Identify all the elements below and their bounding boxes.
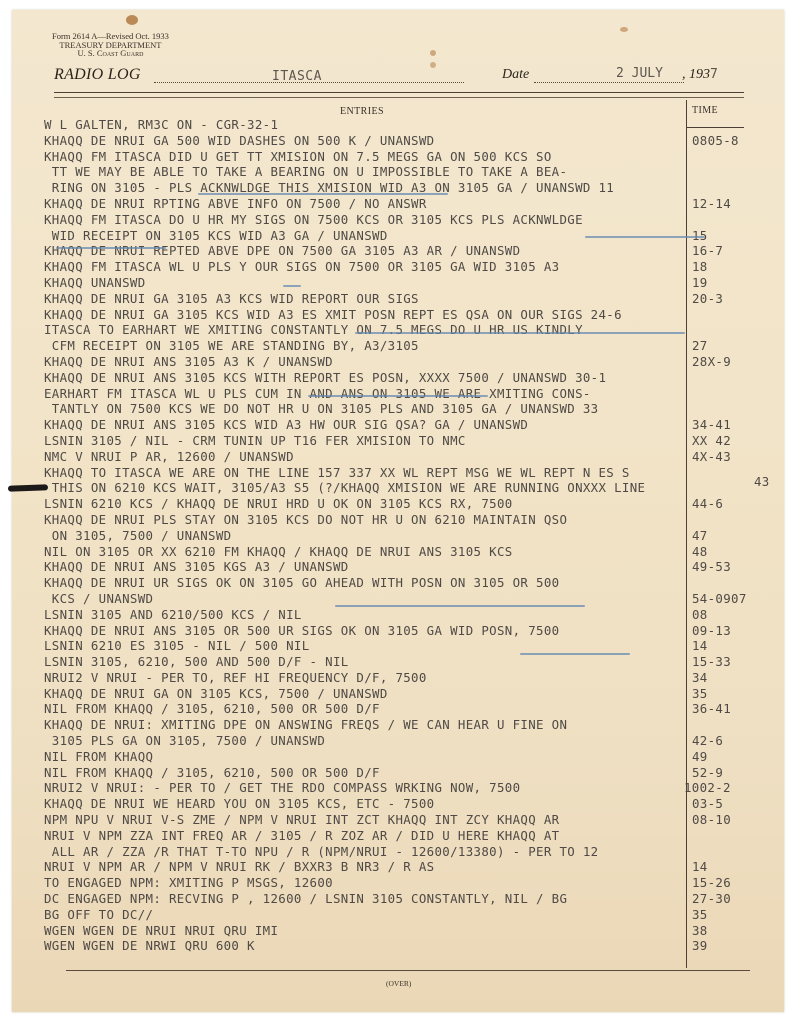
log-entry: LSNIN 3105 / NIL - CRM TUNIN UP T16 FER … xyxy=(44,433,784,449)
log-entry: BG OFF TO DC//35 xyxy=(44,907,784,923)
log-entry: NIL ON 3105 OR XX 6210 FM KHAQQ / KHAQQ … xyxy=(44,544,784,560)
entry-time: 15-26 xyxy=(692,875,731,890)
pencil-underline xyxy=(308,395,488,397)
entry-text: NRUI2 V NRUI - PER TO, REF HI FREQUENCY … xyxy=(44,670,427,685)
pencil-underline xyxy=(335,605,585,607)
entry-text: KHAQQ TO ITASCA WE ARE ON THE LINE 157 3… xyxy=(44,465,630,480)
log-entry: KHAQQ FM ITASCA DO U HR MY SIGS ON 7500 … xyxy=(44,212,784,228)
entry-time: 34 xyxy=(692,670,708,685)
entry-text: LSNIN 3105 AND 6210/500 KCS / NIL xyxy=(44,607,302,622)
entry-time: 35 xyxy=(692,686,708,701)
entry-text: NIL FROM KHAQQ xyxy=(44,749,153,764)
log-entry: KHAQQ DE NRUI GA 500 WID DASHES ON 500 K… xyxy=(44,133,784,149)
log-entry: KHAQQ DE NRUI REPTED ABVE DPE ON 7500 GA… xyxy=(44,243,784,259)
entry-text: KHAQQ UNANSWD xyxy=(44,275,146,290)
year-label: , 1937 xyxy=(682,67,718,83)
entry-text: KHAQQ FM ITASCA DID U GET TT XMISION ON … xyxy=(44,149,552,164)
log-entry: KHAQQ DE NRUI GA 3105 A3 KCS WID REPORT … xyxy=(44,291,784,307)
entry-text: KCS / UNANSWD xyxy=(44,591,153,606)
log-entry: NRUI2 V NRUI - PER TO, REF HI FREQUENCY … xyxy=(44,670,784,686)
entry-time: 12-14 xyxy=(692,196,731,211)
entry-text: KHAQQ DE NRUI UR SIGS OK ON 3105 GO AHEA… xyxy=(44,575,559,590)
log-entry: KHAQQ DE NRUI ANS 3105 A3 K / UNANSWD28X… xyxy=(44,354,784,370)
pencil-underline xyxy=(355,332,685,334)
entry-time: 49 xyxy=(692,749,708,764)
log-entry: CFM RECEIPT ON 3105 WE ARE STANDING BY, … xyxy=(44,338,784,354)
entry-time: 34-41 xyxy=(692,417,731,432)
entry-text: EARHART FM ITASCA WL U PLS CUM IN AND AN… xyxy=(44,386,591,401)
entry-text: KHAQQ FM ITASCA DO U HR MY SIGS ON 7500 … xyxy=(44,212,583,227)
entry-time: 49-53 xyxy=(692,559,731,574)
log-entry: KHAQQ TO ITASCA WE ARE ON THE LINE 157 3… xyxy=(44,465,784,481)
entry-text: ALL AR / ZZA /R THAT T-TO NPU / R (NPM/N… xyxy=(44,844,599,859)
entry-time: 35 xyxy=(692,907,708,922)
entry-text: NIL FROM KHAQQ / 3105, 6210, 500 OR 500 … xyxy=(44,765,380,780)
log-entry: LSNIN 3105 AND 6210/500 KCS / NIL08 xyxy=(44,607,784,623)
rust-stain xyxy=(126,15,138,25)
entry-time: 03-5 xyxy=(692,796,723,811)
log-entry: W L GALTEN, RM3C ON - CGR-32-1 xyxy=(44,117,784,133)
log-entry: KHAQQ DE NRUI ANS 3105 OR 500 UR SIGS OK… xyxy=(44,623,784,639)
entry-time: 08 xyxy=(692,607,708,622)
log-entry: WGEN WGEN DE NRUI NRUI QRU IMI38 xyxy=(44,923,784,939)
entry-time: 44-6 xyxy=(692,496,723,511)
entry-text: KHAQQ DE NRUI WE HEARD YOU ON 3105 KCS, … xyxy=(44,796,435,811)
log-entry: KHAQQ DE NRUI WE HEARD YOU ON 3105 KCS, … xyxy=(44,796,784,812)
entry-time: 4X-43 xyxy=(692,449,731,464)
entry-text: 3105 PLS GA ON 3105, 7500 / UNANSWD xyxy=(44,733,325,748)
log-entry: NRUI2 V NRUI: - PER TO / GET THE RDO COM… xyxy=(44,780,784,796)
log-entry: NIL FROM KHAQQ / 3105, 6210, 500 OR 500 … xyxy=(44,765,784,781)
entry-text: LSNIN 3105 / NIL - CRM TUNIN UP T16 FER … xyxy=(44,433,466,448)
log-entry: LSNIN 6210 ES 3105 - NIL / 500 NIL14 xyxy=(44,638,784,654)
log-entry: DC ENGAGED NPM: RECVING P , 12600 / LSNI… xyxy=(44,891,784,907)
log-entry: ON 3105, 7500 / UNANSWD47 xyxy=(44,528,784,544)
entry-time: 27-30 xyxy=(692,891,731,906)
entry-text: NRUI V NPM ZZA INT FREQ AR / 3105 / R ZO… xyxy=(44,828,559,843)
entry-text: LSNIN 6210 KCS / KHAQQ DE NRUI HRD U OK … xyxy=(44,496,513,511)
log-entry: KHAQQ DE NRUI PLS STAY ON 3105 KCS DO NO… xyxy=(44,512,784,528)
bottom-rule xyxy=(66,970,750,971)
entry-time: 15-33 xyxy=(692,654,731,669)
entry-text: NPM NPU V NRUI V-S ZME / NPM V NRUI INT … xyxy=(44,812,559,827)
log-entry: ALL AR / ZZA /R THAT T-TO NPU / R (NPM/N… xyxy=(44,844,784,860)
entry-text: KHAQQ DE NRUI GA 500 WID DASHES ON 500 K… xyxy=(44,133,435,148)
entry-text: WGEN WGEN DE NRUI NRUI QRU IMI xyxy=(44,923,278,938)
log-entry: KHAQQ DE NRUI ANS 3105 KCS WID A3 HW OUR… xyxy=(44,417,784,433)
radio-log-label: RADIO LOG xyxy=(54,66,141,84)
log-entry: TANTLY ON 7500 KCS WE DO NOT HR U ON 310… xyxy=(44,401,784,417)
entry-text: NIL ON 3105 OR XX 6210 FM KHAQQ / KHAQQ … xyxy=(44,544,513,559)
log-entry: KHAQQ DE NRUI UR SIGS OK ON 3105 GO AHEA… xyxy=(44,575,784,591)
entry-time: 54-0907 xyxy=(692,591,747,606)
over-note: (OVER) xyxy=(386,979,411,988)
year-digit: 7 xyxy=(710,67,718,82)
year-prefix: , 193 xyxy=(682,67,710,82)
entry-text: LSNIN 6210 ES 3105 - NIL / 500 NIL xyxy=(44,638,310,653)
entry-time: 1002-2 xyxy=(684,780,731,795)
log-entry: KHAQQ DE NRUI ANS 3105 KGS A3 / UNANSWD4… xyxy=(44,559,784,575)
log-entry: 3105 PLS GA ON 3105, 7500 / UNANSWD42-6 xyxy=(44,733,784,749)
entry-time: 39 xyxy=(692,938,708,953)
log-entry: NMC V NRUI P AR, 12600 / UNANSWD4X-43 xyxy=(44,449,784,465)
title-row: RADIO LOG ITASCA Date 2 JULY , 1937 xyxy=(54,66,744,88)
agency: U. S. Coast Guard xyxy=(52,49,169,58)
log-entry: NIL FROM KHAQQ49 xyxy=(44,749,784,765)
entry-text: CFM RECEIPT ON 3105 WE ARE STANDING BY, … xyxy=(44,338,419,353)
log-entries: W L GALTEN, RM3C ON - CGR-32-1 KHAQQ DE … xyxy=(44,117,784,954)
entry-text: BG OFF TO DC// xyxy=(44,907,153,922)
log-entry: KHAQQ FM ITASCA WL U PLS Y OUR SIGS ON 7… xyxy=(44,259,784,275)
entry-text: WGEN WGEN DE NRWI QRU 600 K xyxy=(44,938,255,953)
log-entry: LSNIN 3105, 6210, 500 AND 500 D/F - NIL1… xyxy=(44,654,784,670)
pencil-underline xyxy=(520,653,630,655)
entry-text: NRUI2 V NRUI: - PER TO / GET THE RDO COM… xyxy=(44,780,520,795)
entry-text: ON 3105, 7500 / UNANSWD xyxy=(44,528,231,543)
log-entry: NRUI V NPM AR / NPM V NRUI RK / BXXR3 B … xyxy=(44,859,784,875)
entry-text: THIS ON 6210 KCS WAIT, 3105/A3 S5 (?/KHA… xyxy=(44,480,645,495)
entry-text: W L GALTEN, RM3C ON - CGR-32-1 xyxy=(44,117,278,132)
entry-time: 42-6 xyxy=(692,733,723,748)
entry-time: 14 xyxy=(692,859,708,874)
log-entry: KHAQQ UNANSWD19 xyxy=(44,275,784,291)
entry-time: XX 42 xyxy=(692,433,731,448)
entry-time: 19 xyxy=(692,275,708,290)
entry-time: 14 xyxy=(692,638,708,653)
entry-text: KHAQQ FM ITASCA WL U PLS Y OUR SIGS ON 7… xyxy=(44,259,559,274)
entry-time: 27 xyxy=(692,338,708,353)
log-entry: TT WE MAY BE ABLE TO TAKE A BEARING ON U… xyxy=(44,164,784,180)
entry-text: KHAQQ DE NRUI ANS 3105 OR 500 UR SIGS OK… xyxy=(44,623,559,638)
ship-name: ITASCA xyxy=(272,69,322,84)
entry-text: NIL FROM KHAQQ / 3105, 6210, 500 OR 500 … xyxy=(44,701,380,716)
entry-text: KHAQQ DE NRUI PLS STAY ON 3105 KCS DO NO… xyxy=(44,512,567,527)
entry-text: WID RECEIPT ON 3105 KCS WID A3 GA / UNAN… xyxy=(44,228,388,243)
log-entry: LSNIN 6210 KCS / KHAQQ DE NRUI HRD U OK … xyxy=(44,496,784,512)
rust-stain xyxy=(430,50,436,56)
entry-text: KHAQQ DE NRUI ANS 3105 A3 K / UNANSWD xyxy=(44,354,333,369)
entry-time: 20-3 xyxy=(692,291,723,306)
entry-text: LSNIN 3105, 6210, 500 AND 500 D/F - NIL xyxy=(44,654,349,669)
entry-text: TANTLY ON 7500 KCS WE DO NOT HR U ON 310… xyxy=(44,401,599,416)
log-entry: TO ENGAGED NPM: XMITING P MSGS, 1260015-… xyxy=(44,875,784,891)
log-entry: KHAQQ DE NRUI RPTING ABVE INFO ON 7500 /… xyxy=(44,196,784,212)
entry-time: 0805-8 xyxy=(692,133,739,148)
entry-time: 47 xyxy=(692,528,708,543)
log-entry: NIL FROM KHAQQ / 3105, 6210, 500 OR 500 … xyxy=(44,701,784,717)
entry-text: DC ENGAGED NPM: RECVING P , 12600 / LSNI… xyxy=(44,891,567,906)
entry-time: 18 xyxy=(692,259,708,274)
log-entry: NPM NPU V NRUI V-S ZME / NPM V NRUI INT … xyxy=(44,812,784,828)
log-entry: KHAQQ DE NRUI: XMITING DPE ON ANSWING FR… xyxy=(44,717,784,733)
entry-time: 09-13 xyxy=(692,623,731,638)
entry-time: 36-41 xyxy=(692,701,731,716)
rust-stain xyxy=(620,27,628,32)
pencil-underline xyxy=(198,193,448,195)
entry-text: NRUI V NPM AR / NPM V NRUI RK / BXXR3 B … xyxy=(44,859,435,874)
entry-time: 16-7 xyxy=(692,243,723,258)
entry-text: ITASCA TO EARHART WE XMITING CONSTANTLY … xyxy=(44,322,583,337)
entry-time: 52-9 xyxy=(692,765,723,780)
time-column-header: TIME xyxy=(692,105,718,116)
entry-text: NMC V NRUI P AR, 12600 / UNANSWD xyxy=(44,449,294,464)
entry-text: KHAQQ DE NRUI ANS 3105 KCS WID A3 HW OUR… xyxy=(44,417,528,432)
form-identifier: Form 2614 A—Revised Oct. 1933 TREASURY D… xyxy=(52,32,169,58)
entry-text: KHAQQ DE NRUI ANS 3105 KCS WITH REPORT E… xyxy=(44,370,606,385)
margin-note-time: 43 xyxy=(754,474,770,489)
date-label: Date xyxy=(502,67,529,83)
entry-time: 48 xyxy=(692,544,708,559)
entry-text: TO ENGAGED NPM: XMITING P MSGS, 12600 xyxy=(44,875,333,890)
entry-text: TT WE MAY BE ABLE TO TAKE A BEARING ON U… xyxy=(44,164,567,179)
log-entry: ITASCA TO EARHART WE XMITING CONSTANTLY … xyxy=(44,322,784,338)
log-entry: NRUI V NPM ZZA INT FREQ AR / 3105 / R ZO… xyxy=(44,828,784,844)
entry-text: KHAQQ DE NRUI REPTED ABVE DPE ON 7500 GA… xyxy=(44,243,520,258)
entry-text: KHAQQ DE NRUI: XMITING DPE ON ANSWING FR… xyxy=(44,717,567,732)
log-entry: WGEN WGEN DE NRWI QRU 600 K39 xyxy=(44,938,784,954)
entry-text: KHAQQ DE NRUI GA 3105 A3 KCS WID REPORT … xyxy=(44,291,419,306)
log-entry: KHAQQ DE NRUI GA ON 3105 KCS, 7500 / UNA… xyxy=(44,686,784,702)
header-double-rule xyxy=(54,92,744,98)
entry-text: KHAQQ DE NRUI ANS 3105 KGS A3 / UNANSWD xyxy=(44,559,349,574)
log-entry: KHAQQ FM ITASCA DID U GET TT XMISION ON … xyxy=(44,149,784,165)
entry-time: 08-10 xyxy=(692,812,731,827)
log-entry: KHAQQ DE NRUI ANS 3105 KCS WITH REPORT E… xyxy=(44,370,784,386)
pencil-underline xyxy=(56,247,166,249)
log-entry: KHAQQ DE NRUI GA 3105 KCS WID A3 ES XMIT… xyxy=(44,307,784,323)
entry-time: 38 xyxy=(692,923,708,938)
pencil-underline xyxy=(283,285,301,287)
entry-time: 28X-9 xyxy=(692,354,731,369)
entry-text: KHAQQ DE NRUI RPTING ABVE INFO ON 7500 /… xyxy=(44,196,427,211)
date-value: 2 JULY xyxy=(616,66,663,81)
pencil-underline xyxy=(585,236,705,238)
entry-text: KHAQQ DE NRUI GA ON 3105 KCS, 7500 / UNA… xyxy=(44,686,388,701)
log-entry: EARHART FM ITASCA WL U PLS CUM IN AND AN… xyxy=(44,386,784,402)
log-entry: THIS ON 6210 KCS WAIT, 3105/A3 S5 (?/KHA… xyxy=(44,480,784,496)
entry-text: KHAQQ DE NRUI GA 3105 KCS WID A3 ES XMIT… xyxy=(44,307,622,322)
entries-column-header: ENTRIES xyxy=(340,106,384,117)
